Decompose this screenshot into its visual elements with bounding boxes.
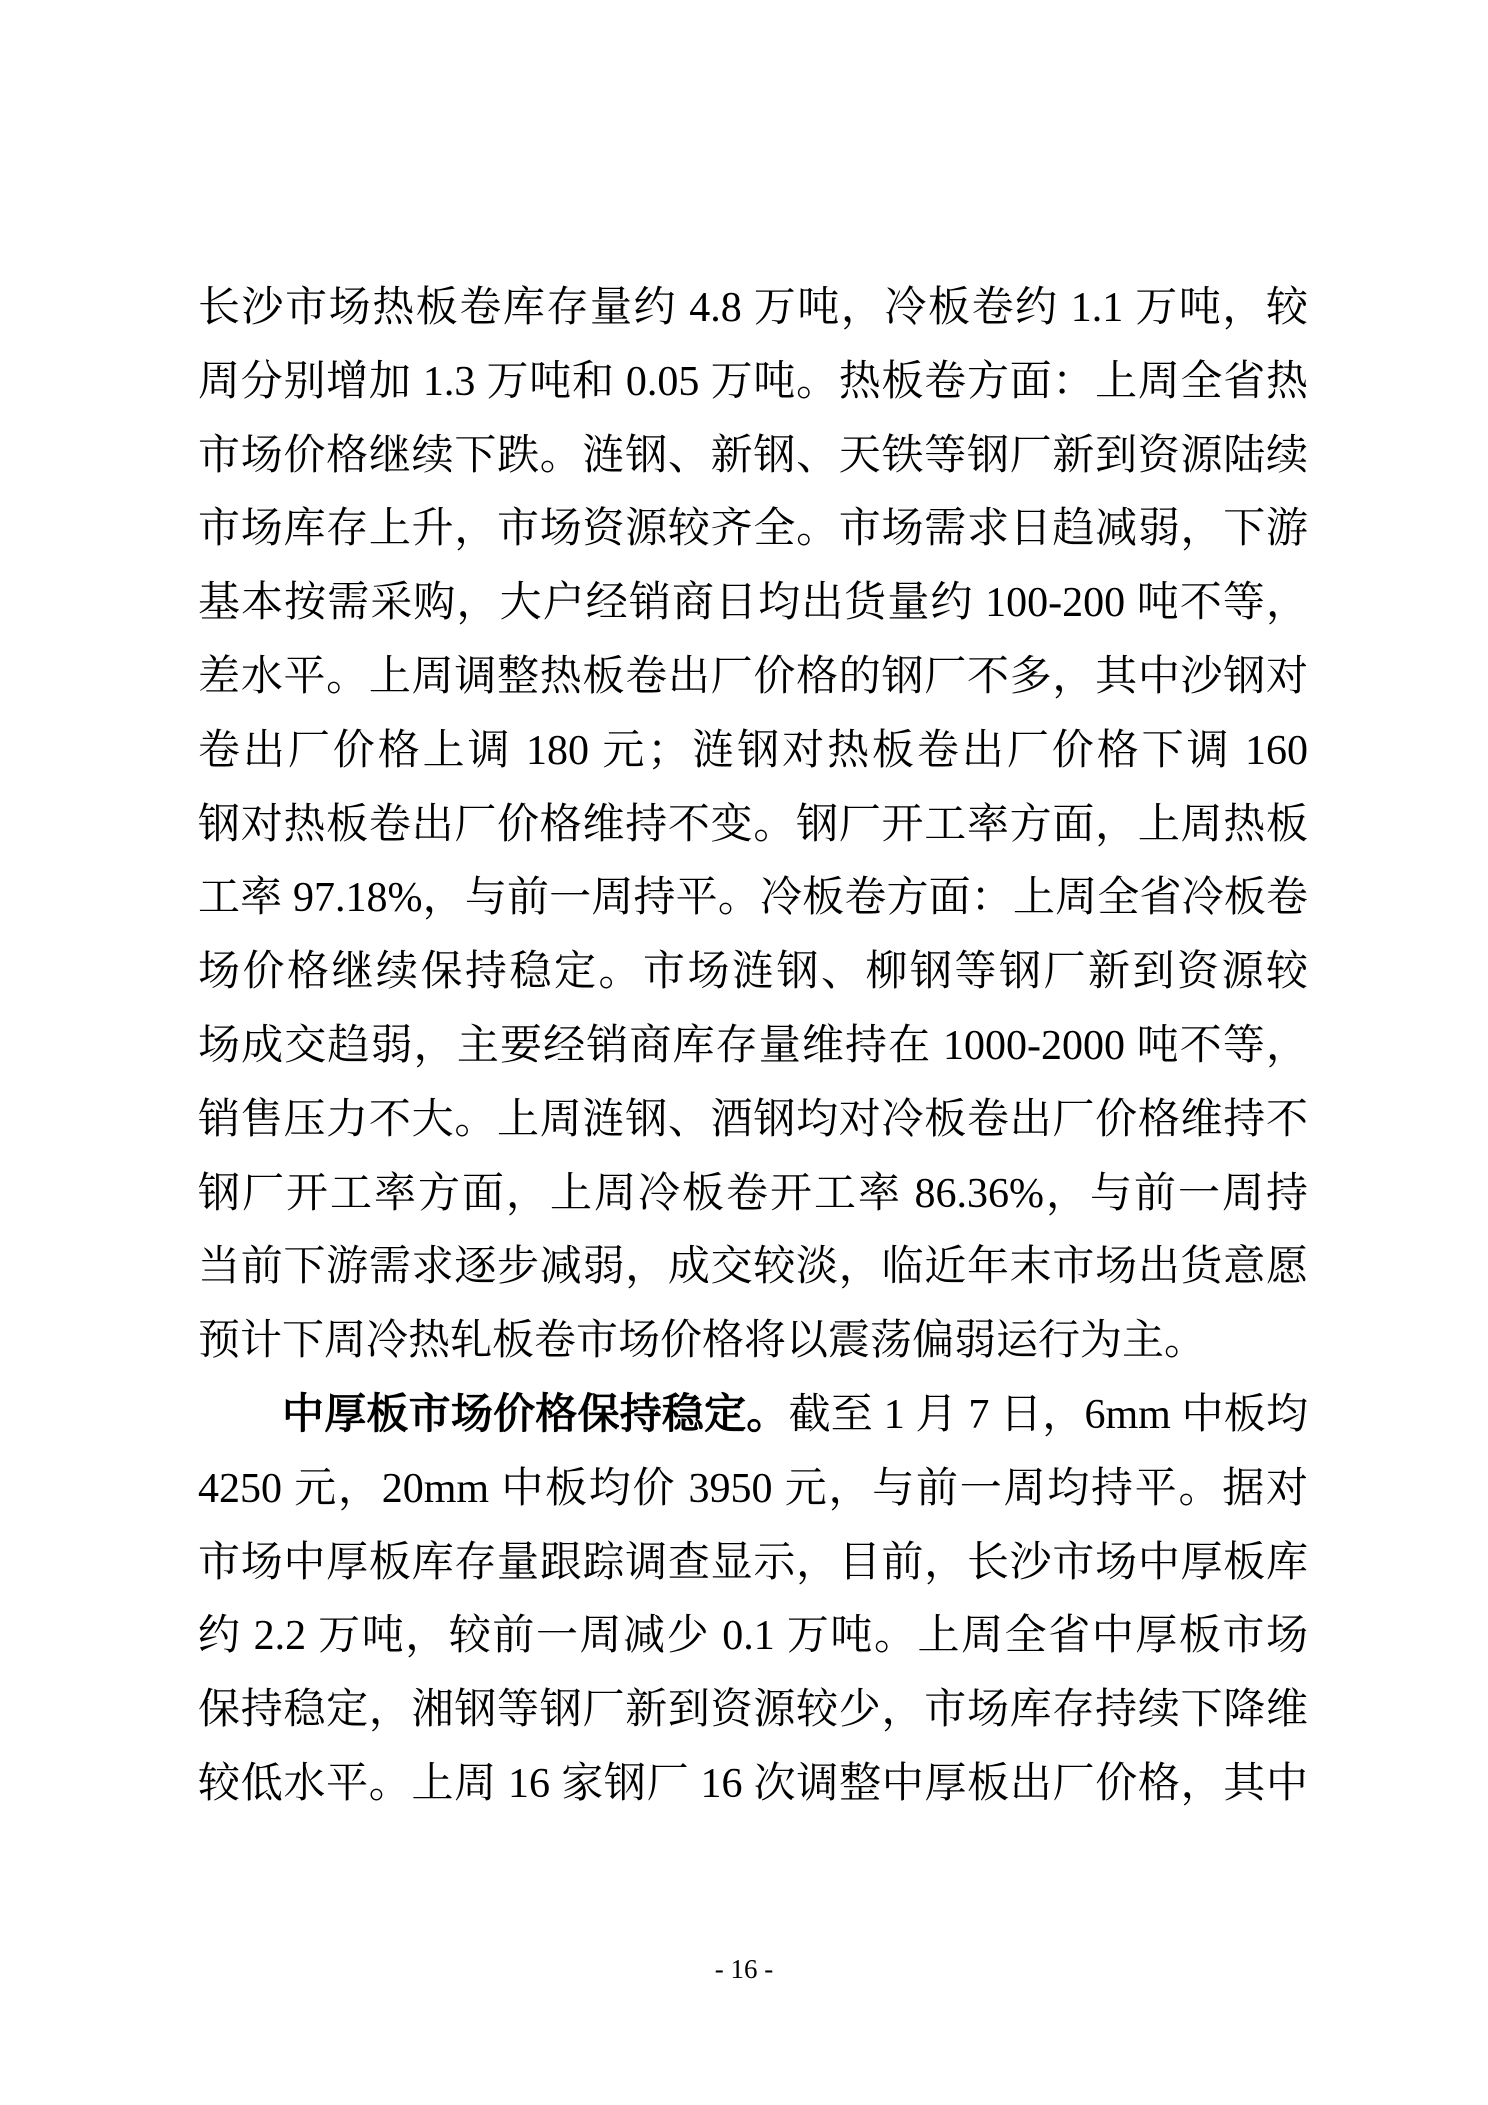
line-text: 约 2.2 万吨，较前一周减少 0.1 万吨。上周全省中厚板市场价格 — [198, 1613, 1308, 1674]
bold-lead-text: 中厚板市场价格保持稳定。 — [282, 1392, 789, 1438]
line-text: 市场中厚板库存量跟踪调查显示，目前，长沙市场中厚板库存量 — [198, 1540, 1308, 1601]
text-line-19: 约 2.2 万吨，较前一周减少 0.1 万吨。上周全省中厚板市场价格 — [198, 1600, 1308, 1674]
line-text: 销售压力不大。上周涟钢、酒钢均对冷板卷出厂价格维持不变。 — [198, 1097, 1308, 1158]
text-line-18: 市场中厚板库存量跟踪调查显示，目前，长沙市场中厚板库存量 — [198, 1527, 1308, 1601]
line-text: 场成交趋弱，主要经销商库存量维持在 1000-2000 吨不等，市场 — [198, 1023, 1308, 1084]
text-line-8: 钢对热板卷出厂价格维持不变。钢厂开工率方面，上周热板卷开 — [198, 789, 1308, 863]
line-text: 长沙市场热板卷库存量约 4.8 万吨，冷板卷约 1.1 万吨，较前一 — [198, 285, 1308, 346]
line-text: 钢对热板卷出厂价格维持不变。钢厂开工率方面，上周热板卷开 — [198, 802, 1308, 863]
text-line-10: 场价格继续保持稳定。市场涟钢、柳钢等钢厂新到资源较少，市 — [198, 936, 1308, 1010]
text-line-9: 工率 97.18%，与前一周持平。冷板卷方面：上周全省冷板卷市 — [198, 862, 1308, 936]
text-line-21: 较低水平。上周 16 家钢厂 16 次调整中厚板出厂价格，其中沙钢、 — [198, 1748, 1308, 1822]
line-text: 市场价格继续下跌。涟钢、新钢、天铁等钢厂新到资源陆续补充， — [198, 433, 1308, 494]
text-line-17: 4250 元，20mm 中板均价 3950 元，与前一周均持平。据对长沙 — [198, 1453, 1308, 1527]
text-line-11: 场成交趋弱，主要经销商库存量维持在 1000-2000 吨不等，市场 — [198, 1010, 1308, 1084]
text-line-1: 长沙市场热板卷库存量约 4.8 万吨，冷板卷约 1.1 万吨，较前一 — [198, 272, 1308, 346]
body-text: 长沙市场热板卷库存量约 4.8 万吨，冷板卷约 1.1 万吨，较前一周分别增加 … — [198, 272, 1308, 1822]
line-text: 预计下周冷热轧板卷市场价格将以震荡偏弱运行为主。 — [198, 1318, 1206, 1364]
text-line-16: 中厚板市场价格保持稳定。截至 1 月 7 日，6mm 中板均价 — [198, 1379, 1308, 1453]
line-text: 市场库存上升，市场资源较齐全。市场需求日趋减弱，下游用户 — [198, 506, 1308, 567]
line-text: 保持稳定，湘钢等钢厂新到资源较少，市场库存持续下降维持在 — [198, 1687, 1308, 1748]
text-line-14: 当前下游需求逐步减弱，成交较淡，临近年末市场出货意愿较强。 — [198, 1231, 1308, 1305]
line-text: 周分别增加 1.3 万吨和 0.05 万吨。热板卷方面：上周全省热板卷 — [198, 359, 1308, 420]
line-text: 工率 97.18%，与前一周持平。冷板卷方面：上周全省冷板卷市 — [198, 875, 1308, 936]
document-page: 长沙市场热板卷库存量约 4.8 万吨，冷板卷约 1.1 万吨，较前一周分别增加 … — [0, 0, 1488, 2105]
line-text: 场价格继续保持稳定。市场涟钢、柳钢等钢厂新到资源较少，市 — [198, 949, 1308, 1010]
line-text: 当前下游需求逐步减弱，成交较淡，临近年末市场出货意愿较强。 — [198, 1244, 1308, 1305]
text-line-15: 预计下周冷热轧板卷市场价格将以震荡偏弱运行为主。 — [198, 1305, 1308, 1379]
text-line-3: 市场价格继续下跌。涟钢、新钢、天铁等钢厂新到资源陆续补充， — [198, 420, 1308, 494]
page-number: - 16 - — [0, 1952, 1488, 1986]
line-text: 基本按需采购，大户经销商日均出货量约 100-200 吨不等，属较 — [198, 580, 1308, 641]
text-line-7: 卷出厂价格上调 180 元；涟钢对热板卷出厂价格下调 160 元；酒 — [198, 715, 1308, 789]
line-text: 差水平。上周调整热板卷出厂价格的钢厂不多，其中沙钢对热板 — [198, 654, 1308, 715]
line-text: 钢厂开工率方面，上周冷板卷开工率 86.36%，与前一周持平。 — [198, 1171, 1308, 1232]
text-line-2: 周分别增加 1.3 万吨和 0.05 万吨。热板卷方面：上周全省热板卷 — [198, 346, 1308, 420]
text-line-12: 销售压力不大。上周涟钢、酒钢均对冷板卷出厂价格维持不变。 — [198, 1084, 1308, 1158]
text-line-6: 差水平。上周调整热板卷出厂价格的钢厂不多，其中沙钢对热板 — [198, 641, 1308, 715]
text-line-13: 钢厂开工率方面，上周冷板卷开工率 86.36%，与前一周持平。 — [198, 1158, 1308, 1232]
text-line-20: 保持稳定，湘钢等钢厂新到资源较少，市场库存持续下降维持在 — [198, 1674, 1308, 1748]
line-text: 较低水平。上周 16 家钢厂 16 次调整中厚板出厂价格，其中沙钢、 — [198, 1761, 1308, 1822]
text-line-4: 市场库存上升，市场资源较齐全。市场需求日趋减弱，下游用户 — [198, 493, 1308, 567]
line-text: 4250 元，20mm 中板均价 3950 元，与前一周均持平。据对长沙 — [198, 1466, 1308, 1527]
text-line-5: 基本按需采购，大户经销商日均出货量约 100-200 吨不等，属较 — [198, 567, 1308, 641]
line-text: 卷出厂价格上调 180 元；涟钢对热板卷出厂价格下调 160 元；酒 — [198, 728, 1308, 789]
